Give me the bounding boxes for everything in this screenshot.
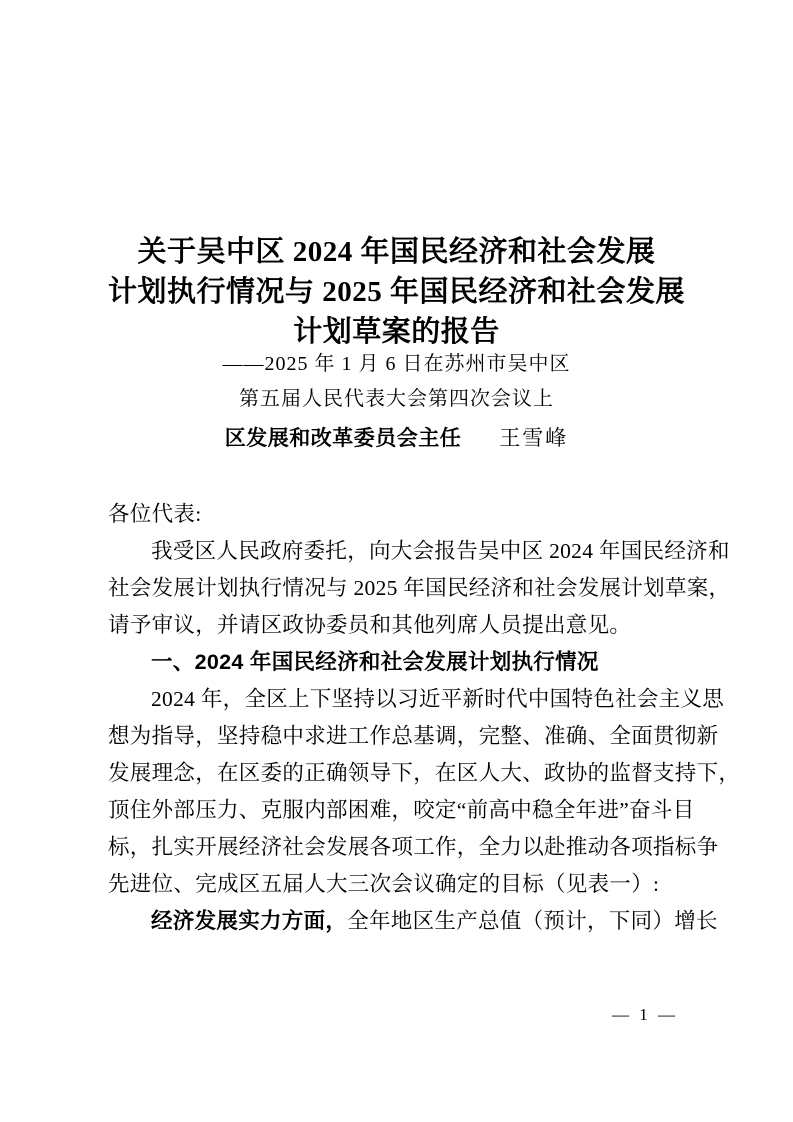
body-line: 请予审议，并请区政协委员和其他列席人员提出意见。 (108, 607, 692, 644)
body-line: 社会发展计划执行情况与 2025 年国民经济和社会发展计划草案， (108, 570, 692, 607)
page-footer: — 1 — (597, 1005, 693, 1025)
body-line: 先进位、完成区五届人大三次会议确定的目标（见表一）: (108, 866, 692, 903)
body-line: 顶住外部压力、克服内部困难，咬定“前高中稳全年进”奋斗目 (108, 792, 692, 829)
presenter-line: 区发展和改革委员会主任王雪峰 (0, 425, 793, 452)
document-page: 关于吴中区 2024 年国民经济和社会发展计划执行情况与 2025 年国民经济和… (0, 0, 793, 1122)
body-line: 我受区人民政府委托，向大会报告吴中区 2024 年国民经济和 (108, 533, 692, 570)
subtitle-line: ——2025 年 1 月 6 日在苏州市吴中区 (0, 347, 793, 382)
body-line: 经济发展实力方面，全年地区生产总值（预计，下同）增长 (108, 903, 692, 940)
doc-title: 关于吴中区 2024 年国民经济和社会发展计划执行情况与 2025 年国民经济和… (0, 232, 793, 352)
doc-body: 各位代表:我受区人民政府委托，向大会报告吴中区 2024 年国民经济和社会发展计… (108, 496, 692, 940)
title-line: 计划执行情况与 2025 年国民经济和社会发展 (0, 272, 793, 312)
body-line: 2024 年，全区上下坚持以习近平新时代中国特色社会主义思 (108, 681, 692, 718)
page-number: — 1 — (612, 1005, 678, 1024)
body-line: 标，扎实开展经济社会发展各项工作，全力以赴推动各项指标争 (108, 829, 692, 866)
presenter-name: 王雪峰 (499, 426, 568, 450)
subtitle-line: 第五届人民代表大会第四次会议上 (0, 382, 793, 417)
body-heading-line: 一、2024 年国民经济和社会发展计划执行情况 (108, 644, 692, 681)
bold-run: 经济发展实力方面， (151, 909, 347, 933)
doc-subtitle: ——2025 年 1 月 6 日在苏州市吴中区第五届人民代表大会第四次会议上 (0, 347, 793, 417)
body-line: 想为指导，坚持稳中求进工作总基调，完整、准确、全面贯彻新 (108, 718, 692, 755)
body-line: 发展理念，在区委的正确领导下，在区人大、政协的监督支持下， (108, 755, 692, 792)
body-line: 各位代表: (108, 496, 692, 533)
presenter-title: 区发展和改革委员会主任 (225, 427, 462, 450)
title-line: 关于吴中区 2024 年国民经济和社会发展 (0, 232, 793, 272)
